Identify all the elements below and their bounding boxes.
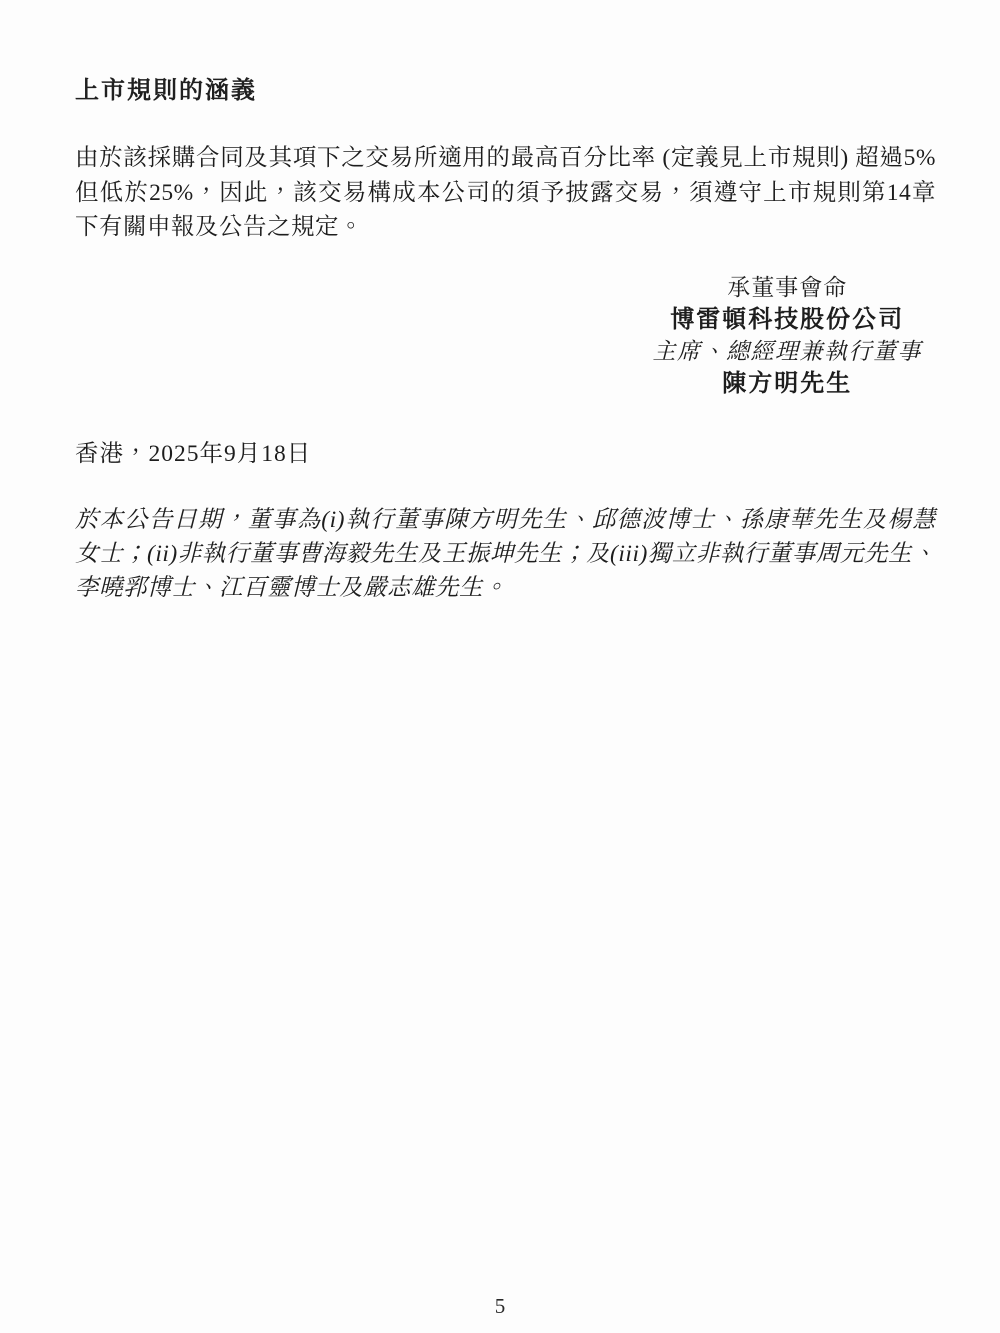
paragraph-listing-rules-implication: 由於該採購合同及其項下之交易所適用的最高百分比率 (定義見上市規則) 超過5%但… — [75, 141, 936, 245]
document-page: 上市規則的涵義 由於該採購合同及其項下之交易所適用的最高百分比率 (定義見上市規… — [0, 0, 1000, 1333]
place-and-date-line: 香港，2025年9月18日 — [75, 434, 936, 468]
signature-signer-name: 陳方明先生 — [653, 368, 923, 400]
directors-list-note: 於本公告日期，董事為(i)執行董事陳方明先生、邱德波博士、孫康華先生及楊慧女士；… — [75, 503, 936, 605]
page-content: 上市規則的涵義 由於該採購合同及其項下之交易所適用的最高百分比率 (定義見上市規… — [75, 70, 936, 605]
signature-by-order-line: 承董事會命 — [653, 272, 923, 304]
signature-company-name: 博雷頓科技股份公司 — [653, 304, 923, 336]
signature-block: 承董事會命 博雷頓科技股份公司 主席、總經理兼執行董事 陳方明先生 — [653, 272, 923, 400]
signature-signer-title: 主席、總經理兼執行董事 — [653, 336, 923, 368]
page-number: 5 — [0, 1294, 1000, 1319]
section-heading: 上市規則的涵義 — [75, 70, 936, 105]
